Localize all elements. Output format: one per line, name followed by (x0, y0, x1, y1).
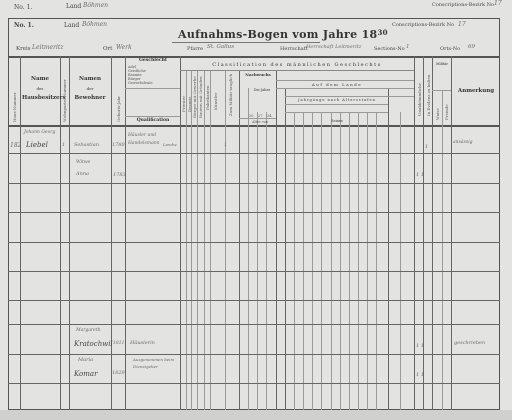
col-years: Die Jahre (249, 88, 275, 92)
qualification-extra: Landw. (163, 142, 177, 147)
col-remarks: Anmerkung (452, 88, 500, 94)
col-nachwuchs: Nachwuchs (240, 72, 276, 77)
party-number: 1 (62, 142, 65, 148)
land-label: Land (66, 3, 81, 10)
conscription-field-label: Conscriptions-Bezirk No (392, 22, 454, 28)
orts-value: 69 (468, 44, 475, 50)
marks: 1 1 (416, 372, 424, 378)
title-year: 30 (378, 28, 388, 37)
class-col-5: Künstler (213, 93, 218, 110)
col-alter-von: Alter von (252, 120, 268, 124)
marks: 1 1 (416, 172, 424, 178)
col-resident-name: Namen der Bewohner (71, 76, 109, 101)
herrschaft-label: Herrschaft (280, 46, 308, 52)
class-col-7: Zum Militär tauglich (228, 74, 233, 116)
class-col-0: Priester (181, 96, 186, 112)
herrschaft-value: Herrschaft Leitmeritz (306, 44, 361, 50)
col-sex: Geschlecht (127, 58, 179, 63)
house-number: 182 (10, 142, 21, 149)
classification-header: Classification des männlichen Geschlecht… (182, 62, 412, 68)
sections-label: Sections-No (374, 46, 405, 52)
resident-first-name: Margareth (76, 328, 101, 333)
sections-value: 1 (406, 44, 410, 50)
land-field-label: Land (64, 22, 79, 29)
birth-year: 1811 (113, 341, 124, 346)
orts-label: Orts-No (440, 46, 460, 52)
col-party-number: Wohnpartei-Nummer (62, 79, 67, 122)
ort-label: Ort (103, 46, 112, 52)
qualification: Ausgenommen beim Dienstgeber (133, 356, 183, 370)
class-col-2: Bürger mit Gewerbe (192, 76, 197, 118)
pfarre-value: St. Gallus (207, 44, 234, 50)
conscription-value: 17 (494, 0, 502, 7)
evidence-mark: 1 (425, 144, 428, 150)
number-label: No. 1. (14, 22, 34, 29)
qualification: Häuslerin (130, 340, 155, 346)
owner-name: Liebel (26, 141, 48, 149)
col-fremde: Fremde (444, 104, 449, 120)
col-unabkoemmlich: Unabkömmliche (417, 83, 422, 116)
census-sheet: No. 1. Land Böhmen Conscriptions-Bezirk … (0, 0, 512, 420)
kreis-value: Leitmeritz (32, 44, 63, 51)
birth-year: 1783 (113, 172, 126, 178)
document-title: Aufnahms-Bogen vom Jahre 1830 (178, 28, 388, 41)
resident-name: Kratochwil (74, 340, 113, 348)
col-bonne: Seines (287, 119, 387, 123)
remark: geschrieben (454, 340, 485, 346)
age-27: 27 (258, 114, 262, 118)
remark: ansässig (453, 140, 473, 145)
col-owner-name-line3: Hausbesitzers (22, 95, 58, 101)
class-col-3: Bauern mit Gründen (198, 76, 203, 118)
col-resident-name-line3: Bewohner (71, 95, 109, 101)
resident-first-name: Maria (78, 357, 93, 363)
pfarre-label: Pfarre (187, 46, 203, 52)
resident-name: Anna (76, 171, 89, 177)
class-col-4: Fabrikanten (205, 85, 210, 110)
land-field-value: Böhmen (82, 21, 107, 28)
conscription-label: Conscriptions-Bezirk No (432, 2, 494, 8)
col-waise: Waise (435, 108, 440, 120)
col-birth-year: Geburts-Jahr (116, 96, 121, 122)
col-resident-name-line1: Namen (71, 76, 109, 82)
kreis-label: Kreis (16, 46, 31, 52)
birth-year: 1829 (112, 370, 125, 376)
title-text: Aufnahms-Bogen vom Jahre 18 (178, 28, 378, 41)
resident-name: Sebastian (74, 142, 99, 148)
col-house-number: Haus-Nummer (12, 92, 17, 122)
col-owner-name-line2: des (22, 86, 58, 91)
conscription-field-value: 17 (458, 21, 466, 28)
col-resident-name-line2: der (71, 86, 109, 91)
col-eingetreten: Jahrgänge nach Altersstufen (287, 98, 387, 102)
col-qualification: Qualification (127, 118, 179, 123)
ort-value: Werk (116, 44, 132, 51)
col-owner-name: Name des Hausbesitzers (22, 76, 58, 101)
col-owner-name-line1: Name (22, 76, 58, 82)
col-militar: Militär (433, 62, 451, 66)
birth-year: 1780 (112, 142, 125, 148)
marks: 1 1 (416, 343, 424, 349)
age-34: 34 (267, 114, 271, 118)
sex-row-4: Gewerbsleute (128, 81, 153, 85)
sheet-number: No. 1. (14, 4, 32, 11)
land-value: Böhmen (83, 2, 108, 9)
resident-name: Komar (74, 370, 97, 378)
age-20: 20 (249, 114, 253, 118)
class-mark: 1 (224, 142, 227, 148)
owner-first-name: Johann Georg (24, 130, 55, 135)
resident-first-name: Witwe (76, 160, 90, 165)
col-evidenz: In Evidenz zu halten (426, 74, 431, 116)
col-auf-dem-lande: Auf dem Lande (287, 82, 387, 87)
